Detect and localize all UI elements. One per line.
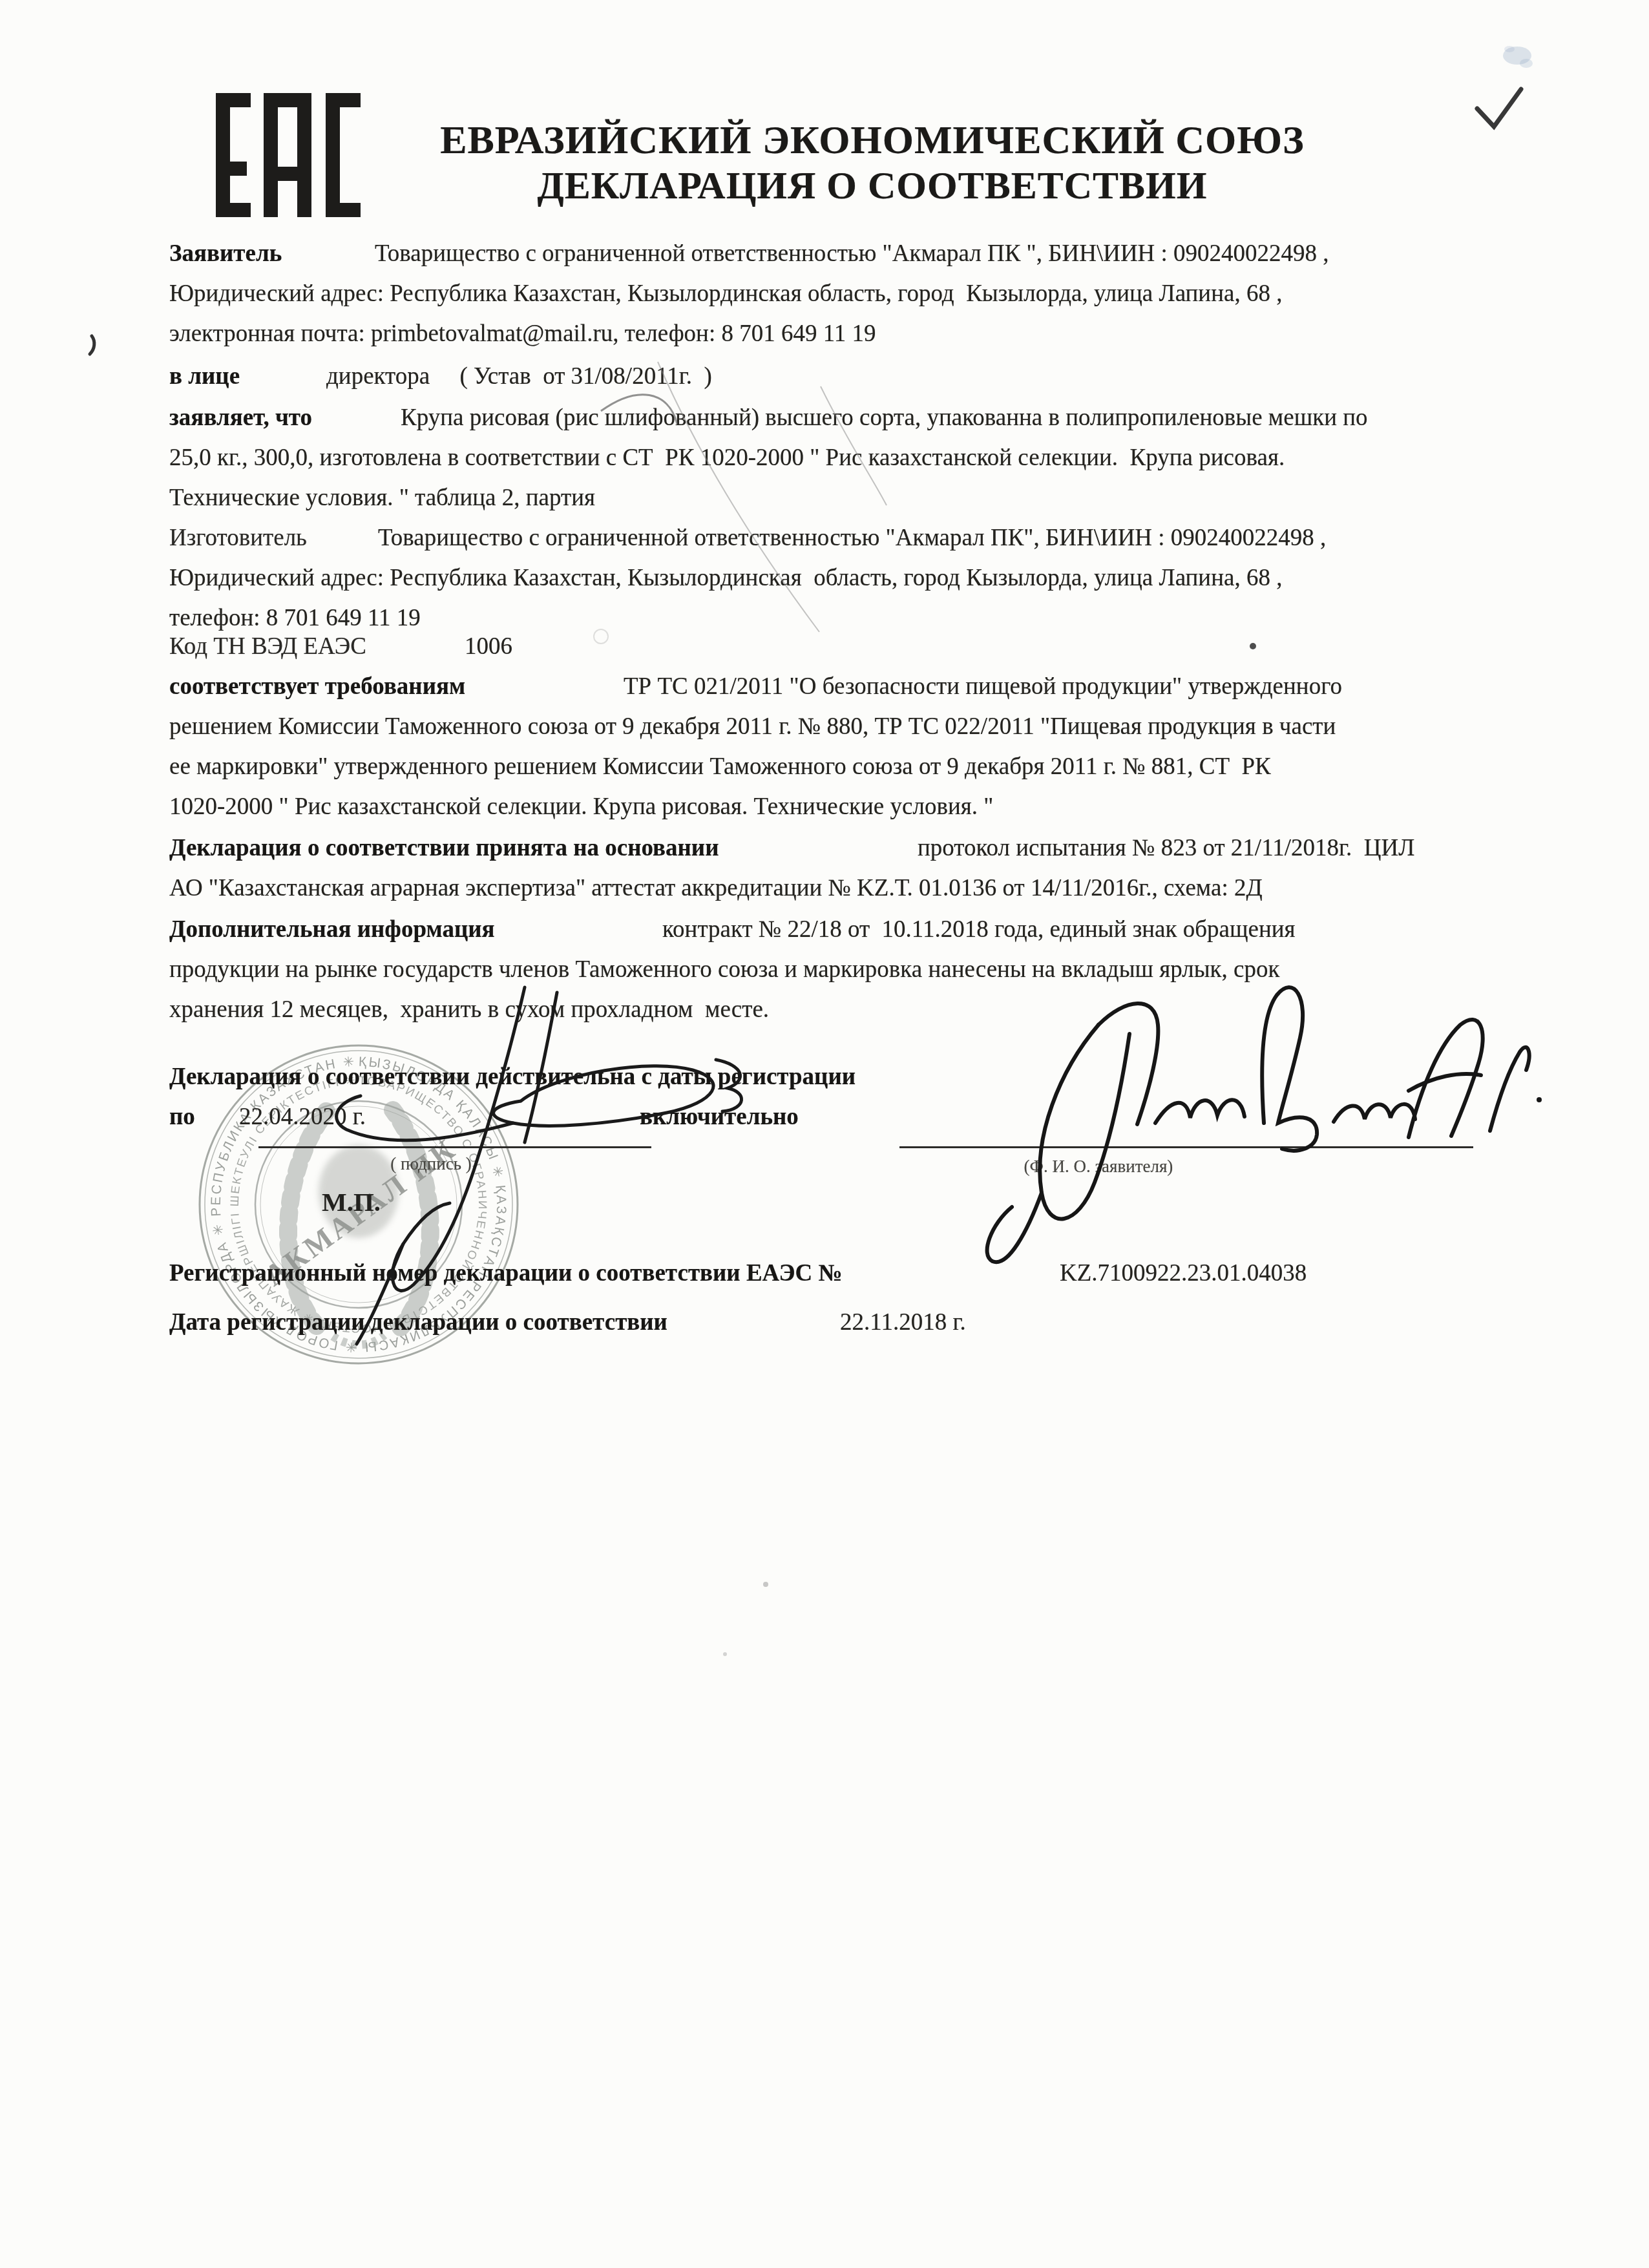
applicant-row-3: электронная почта: primbetovalmat@mail.r… [169,314,876,354]
declaration-title: ДЕКЛАРАЦИЯ О СООТВЕТСТВИИ [349,163,1396,208]
complies-line1: ТР ТС 021/2011 "О безопасности пищевой п… [624,673,1342,700]
tnved-row: Код ТН ВЭД ЕАЭС1006 [169,627,512,667]
tnved-label: Код ТН ВЭД ЕАЭС [169,627,465,667]
header-titles: ЕВРАЗИЙСКИЙ ЭКОНОМИЧЕСКИЙ СОЮЗ ДЕКЛАРАЦИ… [349,118,1396,208]
manufacturer-label: Изготовитель [169,518,378,558]
in-person-value: директора ( Устав от 31/08/2011г. ) [326,363,712,390]
applicant-line2: Юридический адрес: Республика Казахстан,… [169,280,1282,307]
applicant-row-1: ЗаявительТоварищество с ограниченной отв… [169,234,1329,274]
complies-row-4: 1020-2000 " Рис казахстанской селекции. … [169,787,993,827]
fio-caption: (Ф. И. О. заявителя) [989,1157,1208,1177]
basis-line1: протокол испытания № 823 от 21/11/2018г.… [918,835,1414,861]
eac-logo [213,90,363,220]
validity-po-row: по22.04.2020 г. [169,1097,366,1137]
validity-inclusive: включительно [640,1097,799,1137]
fio-line [899,1146,1473,1148]
checkmark-annotation [1477,89,1521,127]
validity-title: Декларация о соответствии действительна … [169,1057,856,1097]
additional-line3: хранения 12 месяцев, хранить в сухом про… [169,996,769,1023]
registration-number-row: Регистрационный номер декларации о соотв… [169,1254,1307,1294]
in-person-label: в лице [169,357,326,397]
additional-line1: контракт № 22/18 от 10.11.2018 года, еди… [662,916,1296,943]
validity-po: по [169,1097,239,1137]
applicant-row-2: Юридический адрес: Республика Казахстан,… [169,274,1282,314]
signature-line [258,1146,651,1148]
tnved-value: 1006 [465,633,512,660]
registration-date-label: Дата регистрации декларации о соответств… [169,1303,840,1343]
apostrophe-mark [90,336,94,354]
manufacturer-row-1: ИзготовительТоварищество с ограниченной … [169,518,1326,558]
applicant-line1: Товарищество с ограниченной ответственно… [375,240,1329,267]
applicant-label: Заявитель [169,234,375,274]
declares-label: заявляет, что [169,398,401,438]
declares-line1: Крупа рисовая (рис шлифованный) высшего … [401,404,1368,431]
manufacturer-row-2: Юридический адрес: Республика Казахстан,… [169,558,1282,598]
ink-smudge [1503,46,1533,68]
basis-row-2: АО "Казахстанская аграрная экспертиза" а… [169,868,1263,908]
stamp-place-label: М.П. [322,1186,381,1217]
registration-date-row: Дата регистрации декларации о соответств… [169,1303,966,1343]
fio-signature [987,987,1542,1262]
registration-number-value: KZ.7100922.23.01.04038 [1060,1260,1307,1286]
complies-row-3: ее маркировки" утвержденного решением Ко… [169,747,1271,787]
declares-row-2: 25,0 кг., 300,0, изготовлена в соответст… [169,438,1285,478]
registration-date-value: 22.11.2018 г. [840,1309,966,1336]
declares-row-3: Технические условия. " таблица 2, партия [169,478,595,518]
signature-caption: ( подпись ) [357,1154,505,1174]
in-person-row: в лицедиректора ( Устав от 31/08/2011г. … [169,357,712,397]
additional-row-2: продукции на рынке государств членов Там… [169,950,1279,990]
additional-row-1: Дополнительная информацияконтракт № 22/1… [169,910,1296,950]
manufacturer-line1: Товарищество с ограниченной ответственно… [378,525,1326,551]
eac-logo-letters [216,93,361,217]
basis-label: Декларация о соответствии принята на осн… [169,828,918,868]
basis-line2: АО "Казахстанская аграрная экспертиза" а… [169,875,1263,901]
complies-label: соответствует требованиям [169,667,624,707]
complies-line2: решением Комиссии Таможенного союза от 9… [169,713,1336,740]
complies-row-2: решением Комиссии Таможенного союза от 9… [169,707,1336,747]
additional-row-3: хранения 12 месяцев, хранить в сухом про… [169,990,769,1030]
complies-row-1: соответствует требованиямТР ТС 021/2011 … [169,667,1342,707]
additional-line2: продукции на рынке государств членов Там… [169,956,1279,983]
declares-line3: Технические условия. " таблица 2, партия [169,485,595,511]
additional-label: Дополнительная информация [169,910,662,950]
declares-line2: 25,0 кг., 300,0, изготовлена в соответст… [169,445,1285,471]
complies-line3: ее маркировки" утвержденного решением Ко… [169,753,1271,780]
manufacturer-line2: Юридический адрес: Республика Казахстан,… [169,565,1282,591]
complies-line4: 1020-2000 " Рис казахстанской селекции. … [169,793,993,820]
basis-row-1: Декларация о соответствии принята на осн… [169,828,1414,868]
union-title: ЕВРАЗИЙСКИЙ ЭКОНОМИЧЕСКИЙ СОЮЗ [349,118,1396,163]
validity-date: 22.04.2020 г. [239,1104,366,1130]
registration-number-label: Регистрационный номер декларации о соотв… [169,1254,1060,1294]
declares-row-1: заявляет, чтоКрупа рисовая (рис шлифован… [169,398,1368,438]
declaration-document: ЕВРАЗИЙСКИЙ ЭКОНОМИЧЕСКИЙ СОЮЗ ДЕКЛАРАЦИ… [0,0,1649,2268]
applicant-line3: электронная почта: primbetovalmat@mail.r… [169,320,876,347]
